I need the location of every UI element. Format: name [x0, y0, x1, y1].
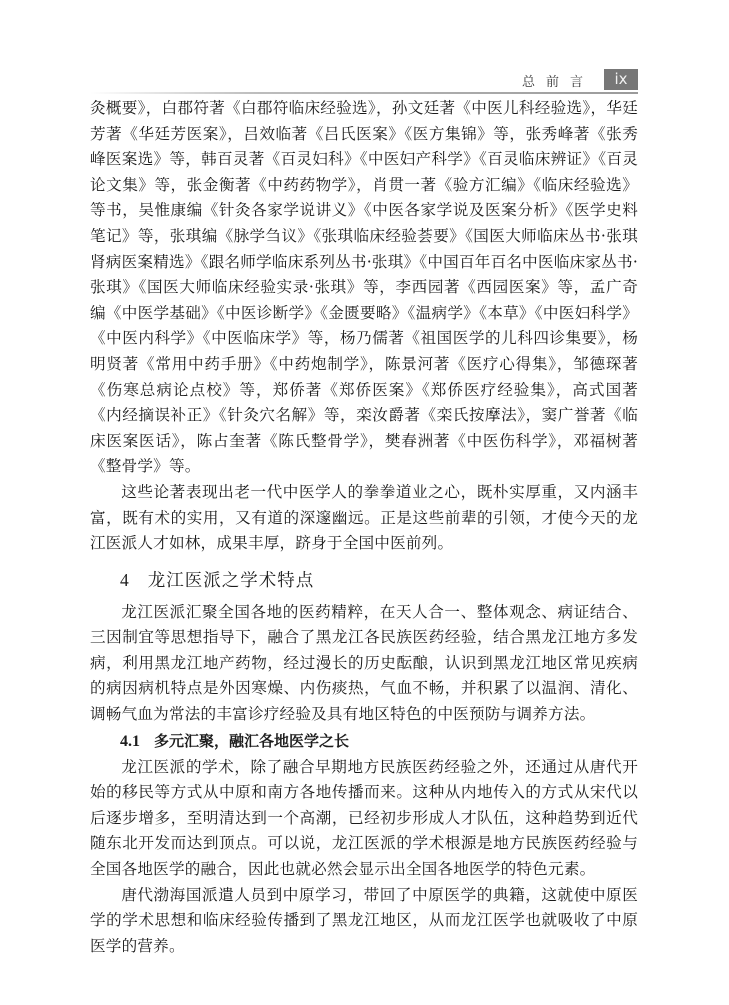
subsection-title: 多元汇聚，融汇各地医学之长: [154, 732, 349, 750]
section-title: 龙江医派之学术特点: [148, 571, 315, 591]
section-heading: 4龙江医派之学术特点: [120, 567, 638, 594]
running-title: 总前言: [522, 71, 594, 90]
section-intro-paragraph: 龙江医派汇聚全国各地的医药精粹，在天人合一、整体观念、病证结合、三因制宜等思想指…: [90, 600, 638, 728]
subsection-paragraph: 龙江医派的学术，除了融合早期地方民族医药经验之外，还通过从唐代开始的移民等方式从…: [90, 755, 638, 883]
page-number-badge: ix: [604, 69, 638, 90]
paragraph-summary: 这些论著表现出老一代中医学人的拳拳道业之心，既朴实厚重，又内涵丰富，既有术的实用…: [90, 480, 638, 557]
section-number: 4: [120, 570, 130, 590]
subsection-paragraph: 唐代渤海国派遣人员到中原学习，带回了中原医学的典籍，这就使中原医学的学术思想和临…: [90, 883, 638, 960]
paragraph-book-list: 灸概要》，白郡符著《白郡符临床经验选》，孙文廷著《中医儿科经验选》，华廷芳著《华…: [90, 96, 638, 480]
header-divider: [90, 92, 638, 94]
running-header: 总前言 ix: [90, 68, 638, 94]
subsection-heading: 4.1多元汇聚，融汇各地医学之长: [120, 728, 638, 755]
subsection-number: 4.1: [120, 733, 140, 750]
page-body: 灸概要》，白郡符著《白郡符临床经验选》，孙文廷著《中医儿科经验选》，华廷芳著《华…: [90, 96, 638, 959]
